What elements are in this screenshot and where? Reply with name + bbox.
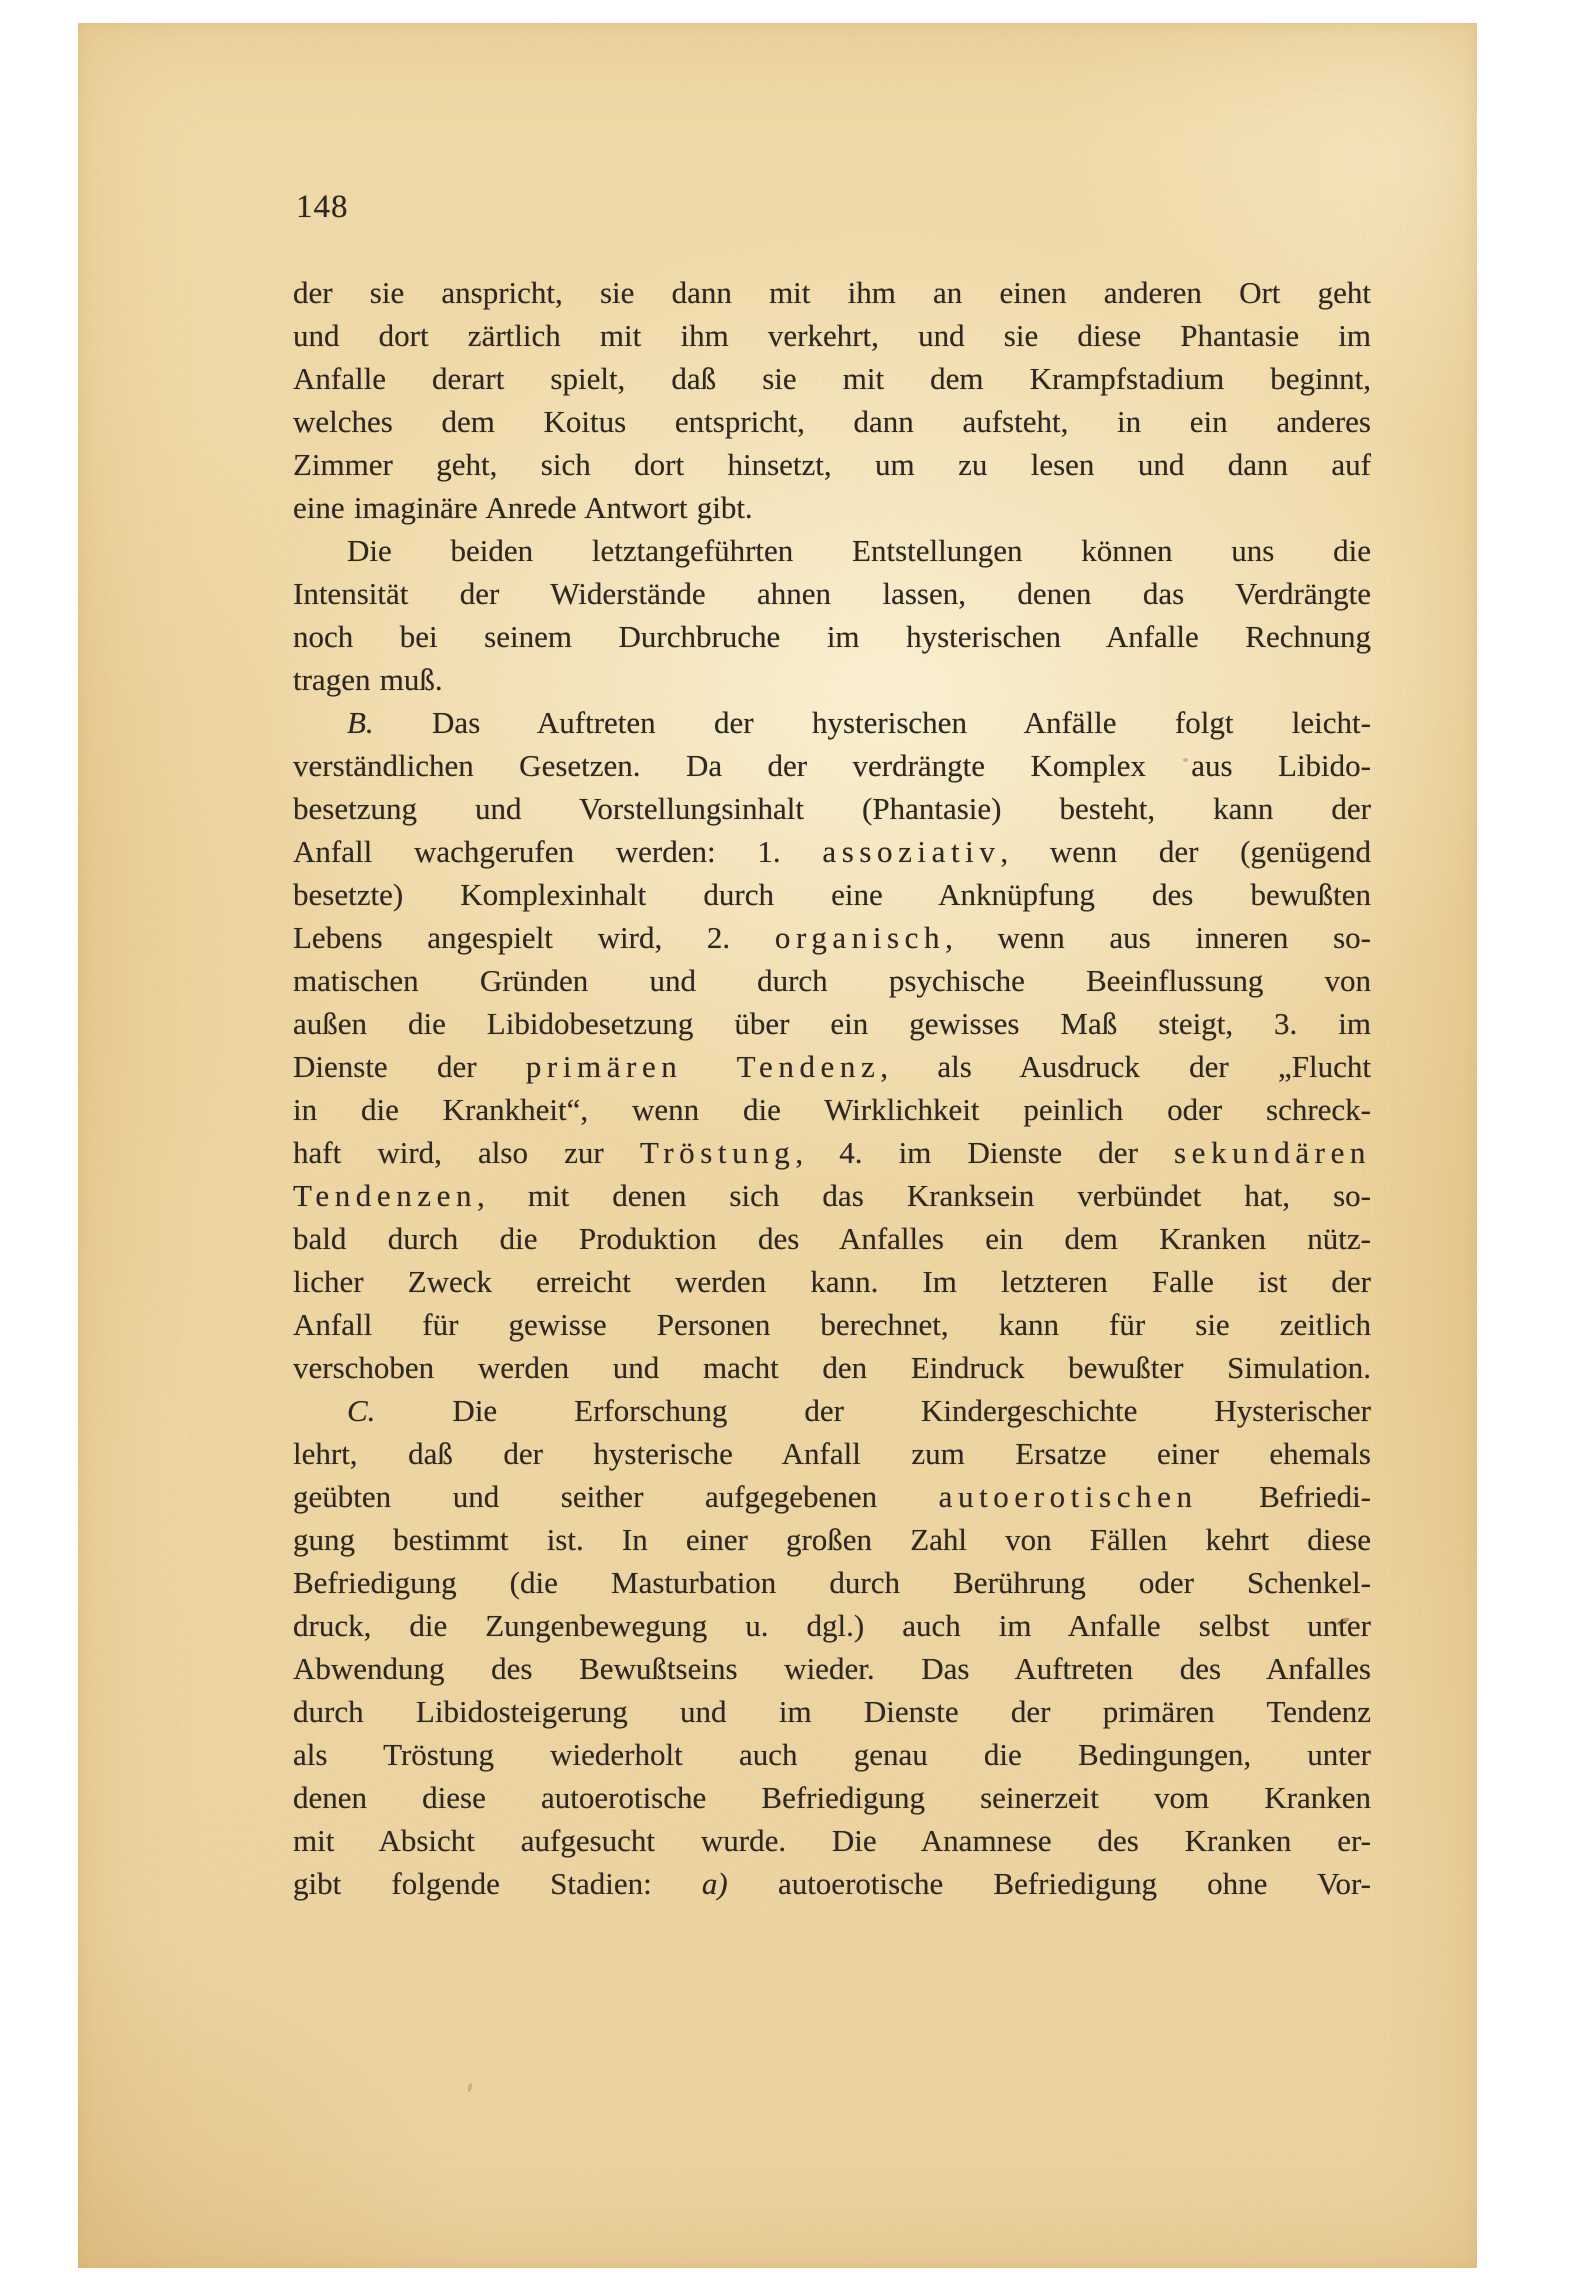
text-line: verschoben werden und macht den Eindruck… [293, 1346, 1371, 1389]
text-run: Abwendung des Bewußtseins wieder. Das Au… [293, 1651, 1371, 1686]
text-line: als Tröstung wiederholt auch genau die B… [293, 1733, 1371, 1776]
text-run: Anfall für gewisse Personen berechnet, k… [293, 1307, 1371, 1342]
text-run: Die beiden letztangeführten Entstellunge… [347, 533, 1371, 568]
letterspaced-text: organisch [775, 920, 945, 955]
page-text: der sie anspricht, sie dann mit ihm an e… [293, 271, 1371, 1905]
paragraph: Die beiden letztangeführten Entstellunge… [293, 529, 1371, 701]
text-run: , mit denen sich das Kranksein verbündet… [477, 1178, 1371, 1213]
text-line: eine imaginäre Anrede Antwort gibt. [293, 486, 1371, 529]
text-line: druck, die Zungenbewegung u. dgl.) auch … [293, 1604, 1371, 1647]
text-line: Intensität der Widerstände ahnen lassen,… [293, 572, 1371, 615]
text-line: bald durch die Produktion des Anfalles e… [293, 1217, 1371, 1260]
text-line: mit Absicht aufgesucht wurde. Die Anamne… [293, 1819, 1371, 1862]
letterspaced-text: Tröstung [640, 1135, 796, 1170]
text-run: bald durch die Produktion des Anfalles e… [293, 1221, 1371, 1256]
paragraph: B. Das Auftreten der hysterischen Anfäll… [293, 701, 1371, 1389]
text-line: besetzte) Komplexinhalt durch eine Anknü… [293, 873, 1371, 916]
text-line: verständlichen Gesetzen. Da der verdräng… [293, 744, 1371, 787]
text-run: gibt folgende Stadien: [293, 1866, 702, 1901]
paper-speck [467, 2083, 473, 2093]
italic-text: C. [347, 1393, 375, 1428]
text-line: lehrt, daß der hysterische Anfall zum Er… [293, 1432, 1371, 1475]
text-run: Intensität der Widerstände ahnen lassen,… [293, 576, 1371, 611]
text-line: und dort zärtlich mit ihm verkehrt, und … [293, 314, 1371, 357]
text-line: Anfall für gewisse Personen berechnet, k… [293, 1303, 1371, 1346]
text-line: geübten und seither aufgegebenen autoero… [293, 1475, 1371, 1518]
text-run: welches dem Koitus entspricht, dann aufs… [293, 404, 1371, 439]
text-line: matischen Gründen und durch psychische B… [293, 959, 1371, 1002]
paragraph: C. Die Erforschung der Kindergeschichte … [293, 1389, 1371, 1905]
text-run: Das Auftreten der hysterischen Anfälle f… [374, 705, 1371, 740]
text-run: in die Krankheit“, wenn die Wirklichkeit… [293, 1092, 1371, 1127]
letterspaced-text: sekundären [1174, 1135, 1371, 1170]
text-line: noch bei seinem Durchbruche im hysterisc… [293, 615, 1371, 658]
text-line: der sie anspricht, sie dann mit ihm an e… [293, 271, 1371, 314]
text-run: gung bestimmt ist. In einer großen Zahl … [293, 1522, 1371, 1557]
text-line: Tendenzen, mit denen sich das Kranksein … [293, 1174, 1371, 1217]
text-line: gibt folgende Stadien: a) autoerotische … [293, 1862, 1371, 1905]
italic-text: B. [347, 705, 374, 740]
text-run: als Tröstung wiederholt auch genau die B… [293, 1737, 1371, 1772]
text-run: tragen muß. [293, 662, 443, 697]
text-line: außen die Libidobesetzung über ein gewis… [293, 1002, 1371, 1045]
text-line: welches dem Koitus entspricht, dann aufs… [293, 400, 1371, 443]
text-run: Zimmer geht, sich dort hinsetzt, um zu l… [293, 447, 1371, 482]
text-run: mit Absicht aufgesucht wurde. Die Anamne… [293, 1823, 1371, 1858]
text-run: Die Erforschung der Kindergeschichte Hys… [375, 1393, 1371, 1428]
text-run: autoerotische Befriedigung ohne Vor- [728, 1866, 1371, 1901]
text-line: besetzung und Vorstellungsinhalt (Phanta… [293, 787, 1371, 830]
text-run: und dort zärtlich mit ihm verkehrt, und … [293, 318, 1371, 353]
scan-background: { "page_number": "148", "colors": { "sca… [0, 0, 1585, 2291]
text-run: , wenn aus inneren so- [945, 920, 1371, 955]
text-run: geübten und seither aufgegebenen [293, 1479, 939, 1514]
text-run: Dienste der [293, 1049, 526, 1084]
text-run: verständlichen Gesetzen. Da der verdräng… [293, 748, 1371, 783]
text-run: licher Zweck erreicht werden kann. Im le… [293, 1264, 1371, 1299]
text-run: besetzung und Vorstellungsinhalt (Phanta… [293, 791, 1371, 826]
text-run: Lebens angespielt wird, 2. [293, 920, 775, 955]
text-run: Befriedigung (die Masturbation durch Ber… [293, 1565, 1371, 1600]
text-line: in die Krankheit“, wenn die Wirklichkeit… [293, 1088, 1371, 1131]
text-line: durch Libidosteigerung und im Dienste de… [293, 1690, 1371, 1733]
text-line: Dienste der primären Tendenz, als Ausdru… [293, 1045, 1371, 1088]
text-line: Anfall wachgerufen werden: 1. assoziativ… [293, 830, 1371, 873]
letterspaced-text: Tendenzen [293, 1178, 477, 1213]
text-run: druck, die Zungenbewegung u. dgl.) auch … [293, 1608, 1371, 1643]
text-line: C. Die Erforschung der Kindergeschichte … [293, 1389, 1371, 1432]
letterspaced-text: primären Tendenz [526, 1049, 880, 1084]
text-run: durch Libidosteigerung und im Dienste de… [293, 1694, 1371, 1729]
text-run: Befriedi- [1198, 1479, 1371, 1514]
text-run: der sie anspricht, sie dann mit ihm an e… [293, 275, 1371, 310]
text-line: Zimmer geht, sich dort hinsetzt, um zu l… [293, 443, 1371, 486]
text-line: haft wird, also zur Tröstung, 4. im Dien… [293, 1131, 1371, 1174]
text-line: Die beiden letztangeführten Entstellunge… [293, 529, 1371, 572]
text-line: tragen muß. [293, 658, 1371, 701]
text-run: verschoben werden und macht den Eindruck… [293, 1350, 1371, 1385]
text-run: denen diese autoerotische Befriedigung s… [293, 1780, 1371, 1815]
text-run: noch bei seinem Durchbruche im hysterisc… [293, 619, 1371, 654]
text-run: Anfall wachgerufen werden: 1. [293, 834, 822, 869]
italic-text: a) [702, 1866, 728, 1901]
text-run: matischen Gründen und durch psychische B… [293, 963, 1371, 998]
text-run: haft wird, also zur [293, 1135, 640, 1170]
text-run: lehrt, daß der hysterische Anfall zum Er… [293, 1436, 1371, 1471]
page-number: 148 [296, 191, 349, 224]
text-line: B. Das Auftreten der hysterischen Anfäll… [293, 701, 1371, 744]
letterspaced-text: assoziativ [822, 834, 1000, 869]
text-line: licher Zweck erreicht werden kann. Im le… [293, 1260, 1371, 1303]
text-line: Anfalle derart spielt, daß sie mit dem K… [293, 357, 1371, 400]
text-line: Lebens angespielt wird, 2. organisch, we… [293, 916, 1371, 959]
text-line: gung bestimmt ist. In einer großen Zahl … [293, 1518, 1371, 1561]
paragraph: der sie anspricht, sie dann mit ihm an e… [293, 271, 1371, 529]
text-line: Befriedigung (die Masturbation durch Ber… [293, 1561, 1371, 1604]
letterspaced-text: autoerotischen [939, 1479, 1198, 1514]
text-run: Anfalle derart spielt, daß sie mit dem K… [293, 361, 1371, 396]
text-run: eine imaginäre Anrede Antwort gibt. [293, 490, 753, 525]
text-run: , wenn der (genügend [1000, 834, 1371, 869]
book-page: 148 der sie anspricht, sie dann mit ihm … [78, 23, 1477, 2268]
text-line: denen diese autoerotische Befriedigung s… [293, 1776, 1371, 1819]
text-run: , als Ausdruck der „Flucht [880, 1049, 1371, 1084]
text-run: besetzte) Komplexinhalt durch eine Anknü… [293, 877, 1371, 912]
text-line: Abwendung des Bewußtseins wieder. Das Au… [293, 1647, 1371, 1690]
text-run: außen die Libidobesetzung über ein gewis… [293, 1006, 1371, 1041]
text-run: , 4. im Dienste der [795, 1135, 1174, 1170]
